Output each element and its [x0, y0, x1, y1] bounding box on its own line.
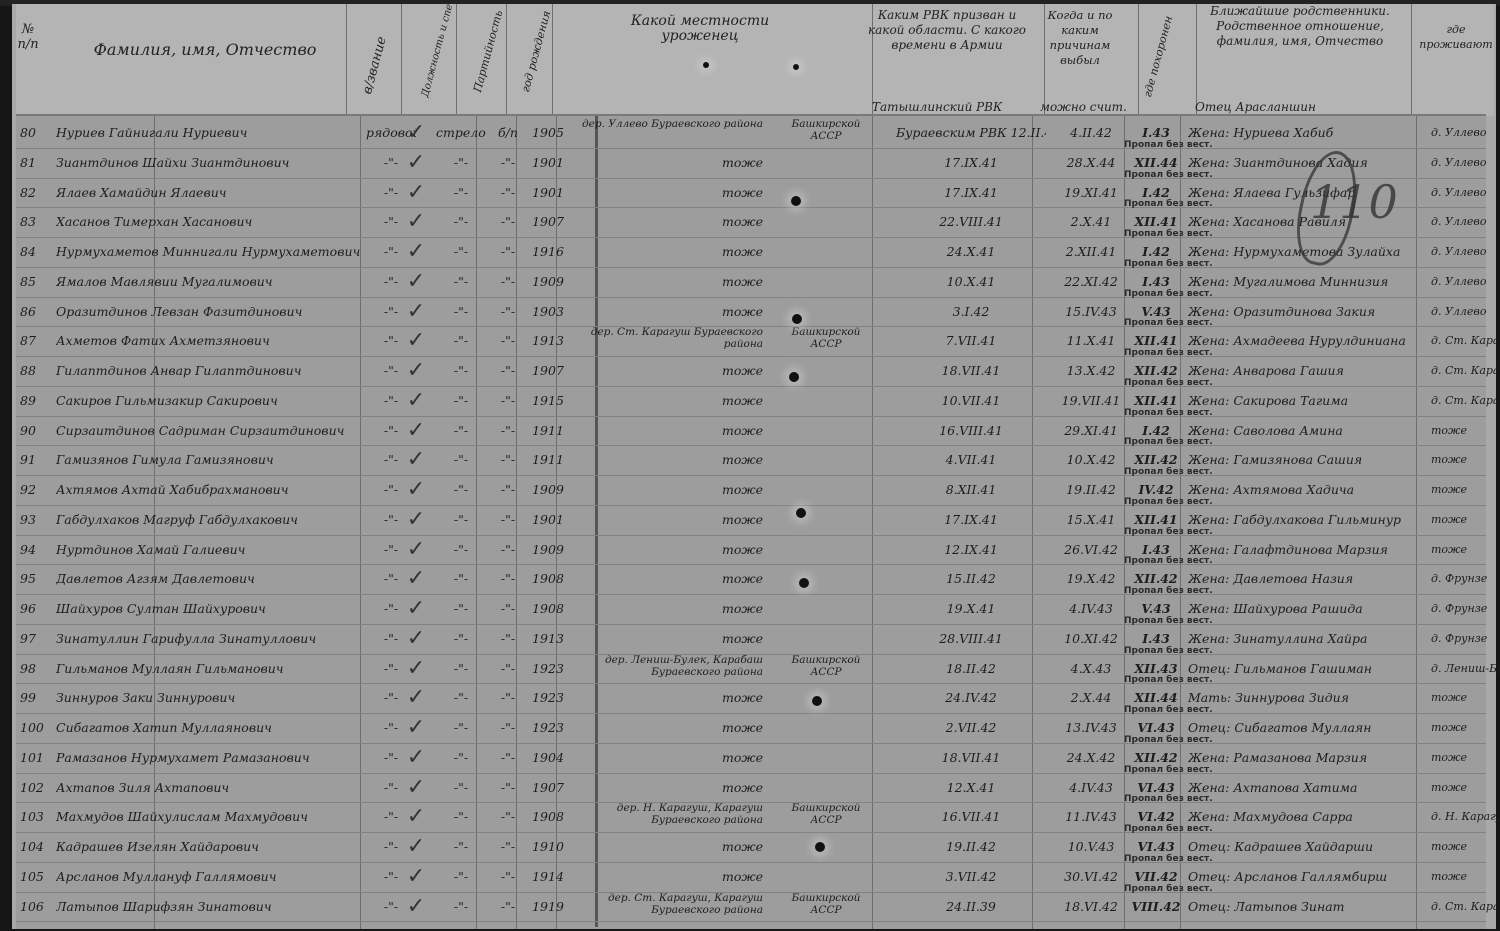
cell-draft: 15.II.42: [896, 564, 1046, 593]
cell-name: Нурмухаметов Миннигали Нурмухаметович: [56, 237, 376, 266]
cell-birth2: [776, 445, 876, 474]
cell-addr: д. Уллево: [1431, 148, 1500, 177]
cell-birth2: [776, 683, 876, 712]
checkmark-icon: ✓: [400, 802, 432, 831]
cell-name: Гамизянов Гимула Гамизянович: [56, 445, 376, 474]
cell-draft: 4.VII.41: [896, 445, 1046, 474]
status-missing-stamp: Пропал без вест.: [1124, 140, 1213, 152]
status-missing-stamp: Пропал без вест.: [1124, 765, 1213, 777]
cell-when: 2.XII.41: [1046, 237, 1136, 266]
cell-birth: тоже: [573, 713, 767, 742]
cell-pos: -"-: [436, 535, 486, 564]
cell-rel: Жена: Нуриева Хабиб: [1188, 118, 1433, 147]
header-draft: Каким РВК призван и какой области. С как…: [862, 8, 1032, 53]
checkmark-icon: ✓: [400, 297, 432, 326]
cell-num: 99: [20, 683, 48, 712]
cell-year: 1908: [526, 594, 570, 623]
table-row: 86Оразитдинов Левзан Фазитдинович-"--"--…: [16, 297, 1486, 328]
status-missing-stamp: Пропал без вест.: [1124, 408, 1213, 420]
checkmark-icon: ✓: [400, 862, 432, 891]
cell-addr: д. Уллево: [1431, 207, 1500, 236]
cell-year: 1923: [526, 683, 570, 712]
cell-party: -"-: [488, 624, 528, 653]
cell-when: 19.XI.41: [1046, 178, 1136, 207]
cell-pos: -"-: [436, 237, 486, 266]
cell-num: 95: [20, 564, 48, 593]
cell-addr: д. Уллево: [1431, 267, 1500, 296]
cell-birth: тоже: [573, 862, 767, 891]
cell-birth2: [776, 148, 876, 177]
cell-pos: -"-: [436, 505, 486, 534]
cell-addr: тоже: [1431, 475, 1500, 504]
cell-year: 1901: [526, 505, 570, 534]
cell-draft: 19.X.41: [896, 594, 1046, 623]
checkmark-icon: ✓: [400, 624, 432, 653]
cell-party: -"-: [488, 743, 528, 772]
cell-birth: тоже: [573, 416, 767, 445]
cell-year: 1901: [526, 178, 570, 207]
cell-rel: Жена: Ахтапова Хатима: [1188, 773, 1433, 802]
cell-birth: тоже: [573, 178, 767, 207]
table-row: 87Ахметов Фатих Ахметзянович-"--"--"-191…: [16, 326, 1486, 357]
cell-draft: 28.VIII.41: [896, 624, 1046, 653]
cell-when: 10.X.42: [1046, 445, 1136, 474]
cell-year: 1909: [526, 267, 570, 296]
cell-year: 1919: [526, 892, 570, 921]
checkmark-icon: ✓: [400, 505, 432, 534]
cell-draft: 12.X.41: [896, 773, 1046, 802]
cell-year: 1923: [526, 713, 570, 742]
cell-rel: Жена: Давлетова Назия: [1188, 564, 1433, 593]
cell-pos: -"-: [436, 743, 486, 772]
cell-birth: тоже: [573, 356, 767, 385]
cell-name: Кадрашев Изелян Хайдарович: [56, 832, 376, 861]
status-missing-stamp: Пропал без вест.: [1124, 348, 1213, 360]
cell-when: 15.IV.43: [1046, 297, 1136, 326]
cell-rel: Отец: Арсланов Галлямбирш: [1188, 862, 1433, 891]
cell-num: 92: [20, 475, 48, 504]
cell-party: -"-: [488, 386, 528, 415]
checkmark-icon: ✓: [400, 148, 432, 177]
cell-name: Сибагатов Хатип Муллаянович: [56, 713, 376, 742]
cell-pos: -"-: [436, 654, 486, 683]
table-row: 101Рамазанов Нурмухамет Рамазанович-"--"…: [16, 743, 1486, 774]
cell-party: -"-: [488, 832, 528, 861]
cell-birth: дер. Ст. Карагуш, Карагуш Бураевского ра…: [573, 892, 767, 921]
cell-pos: -"-: [436, 773, 486, 802]
cell-draft: 19.II.42: [896, 832, 1046, 861]
column-divider: [346, 4, 347, 116]
cell-when: 10.XI.42: [1046, 624, 1136, 653]
cell-num: 88: [20, 356, 48, 385]
first-line-when: можно счит.: [1040, 100, 1127, 114]
table-row: 82Ялаев Хамайдин Ялаевич-"--"--"-1901тож…: [16, 178, 1486, 209]
cell-birth2: [776, 505, 876, 534]
status-missing-stamp: Пропал без вест.: [1124, 705, 1213, 717]
paper-hole: [815, 842, 825, 852]
cell-draft: 8.XII.41: [896, 475, 1046, 504]
checkmark-icon: ✓: [400, 178, 432, 207]
checkmark-icon: ✓: [400, 475, 432, 504]
table-row: 103Махмудов Шайхулислам Махмудович-"--"-…: [16, 802, 1486, 833]
cell-birth2: [776, 862, 876, 891]
cell-year: 1911: [526, 416, 570, 445]
cell-when: 19.II.42: [1046, 475, 1136, 504]
cell-rel: Жена: Зинатуллина Хайра: [1188, 624, 1433, 653]
cell-when: 11.IV.43: [1046, 802, 1136, 831]
cell-pos: -"-: [436, 416, 486, 445]
cell-num: 104: [20, 832, 48, 861]
paper-hole: [793, 64, 799, 70]
cell-birth: тоже: [573, 594, 767, 623]
cell-num: 81: [20, 148, 48, 177]
paper-hole: [799, 578, 809, 588]
table-row: 97Зинатуллин Гарифулла Зинатуллович-"--"…: [16, 624, 1486, 655]
table-row: 89Сакиров Гильмизакир Сакирович-"--"--"-…: [16, 386, 1486, 417]
cell-rel: Отец: Сибагатов Муллаян: [1188, 713, 1433, 742]
cell-birth: дер. Лениш-Булек, Карабаш Бураевского ра…: [573, 654, 767, 683]
cell-rel: Жена: Ахтямова Хадича: [1188, 475, 1433, 504]
cell-rel: Отец: Гильманов Гашиман: [1188, 654, 1433, 683]
status-missing-stamp: Пропал без вест.: [1124, 884, 1213, 896]
cell-name: Ямалов Мавлявии Мугалимович: [56, 267, 376, 296]
status-missing-stamp: Пропал без вест.: [1124, 794, 1213, 806]
checkmark-icon: ✓: [400, 445, 432, 474]
column-divider: [1138, 4, 1139, 116]
checkmark-icon: ✓: [400, 237, 432, 266]
table-row: 84Нурмухаметов Миннигали Нурмухаметович-…: [16, 237, 1486, 268]
cell-year: 1908: [526, 564, 570, 593]
cell-num: 101: [20, 743, 48, 772]
checkmark-icon: ✓: [400, 267, 432, 296]
cell-party: -"-: [488, 297, 528, 326]
cell-party: -"-: [488, 594, 528, 623]
cell-num: 89: [20, 386, 48, 415]
cell-pos: -"-: [436, 386, 486, 415]
checkmark-icon: ✓: [400, 773, 432, 802]
cell-name: Рамазанов Нурмухамет Рамазанович: [56, 743, 376, 772]
cell-pos: -"-: [436, 713, 486, 742]
cell-num: 91: [20, 445, 48, 474]
cell-addr: тоже: [1431, 713, 1500, 742]
cell-year: 1904: [526, 743, 570, 772]
cell-pos: -"-: [436, 594, 486, 623]
cell-party: -"-: [488, 267, 528, 296]
cell-year: 1901: [526, 148, 570, 177]
cell-num: 96: [20, 594, 48, 623]
cell-year: 1903: [526, 297, 570, 326]
status-missing-stamp: Пропал без вест.: [1124, 289, 1213, 301]
cell-birth: тоже: [573, 267, 767, 296]
cell-birth2: [776, 386, 876, 415]
checkmark-icon: ✓: [400, 416, 432, 445]
column-divider: [552, 4, 553, 116]
cell-pos: -"-: [436, 148, 486, 177]
first-line-relative: Отец Арасланшин: [1195, 100, 1316, 114]
cell-when: 4.X.43: [1046, 654, 1136, 683]
cell-when: 26.VI.42: [1046, 535, 1136, 564]
cell-birth2: [776, 743, 876, 772]
status-missing-stamp: Пропал без вест.: [1124, 378, 1213, 390]
cell-name: Сакиров Гильмизакир Сакирович: [56, 386, 376, 415]
cell-pos: -"-: [436, 178, 486, 207]
cell-num: 98: [20, 654, 48, 683]
table-row: 90Сирзаитдинов Садриман Сирзаитдинович-"…: [16, 416, 1486, 447]
cell-birth2: [776, 713, 876, 742]
cell-when: 2.X.44: [1046, 683, 1136, 712]
cell-pos: стрелок: [436, 118, 486, 147]
status-missing-stamp: Пропал без вест.: [1124, 616, 1213, 628]
table-row: 85Ямалов Мавлявии Мугалимович-"--"--"-19…: [16, 267, 1486, 298]
checkmark-icon: ✓: [400, 118, 432, 147]
cell-year: 1910: [526, 832, 570, 861]
checkmark-icon: ✓: [400, 832, 432, 861]
cell-rel: Жена: Гамизянова Сашия: [1188, 445, 1433, 474]
table-row: 92Ахтямов Ахтай Хабибрахманович-"--"--"-…: [16, 475, 1486, 506]
cell-birth: дер. Ст. Карагуш Бураевского района: [573, 326, 767, 355]
cell-rel: Жена: Оразитдинова Закия: [1188, 297, 1433, 326]
paper-hole: [792, 314, 802, 324]
cell-pos: -"-: [436, 802, 486, 831]
first-line-draft-office: Татышлинский РВК: [872, 100, 1002, 114]
cell-name: Гилаптдинов Анвар Гилаптдинович: [56, 356, 376, 385]
cell-rel: Жена: Сакирова Тагима: [1188, 386, 1433, 415]
cell-name: Махмудов Шайхулислам Махмудович: [56, 802, 376, 831]
cell-name: Давлетов Агзям Давлетович: [56, 564, 376, 593]
cell-name: Зинатуллин Гарифулла Зинатуллович: [56, 624, 376, 653]
cell-addr: д. Фрунзе: [1431, 564, 1500, 593]
cell-year: 1923: [526, 654, 570, 683]
cell-draft: Бураевским РВК 12.II.42.: [896, 118, 1046, 147]
cell-name: Гильманов Муллаян Гильманович: [56, 654, 376, 683]
status-missing-stamp: Пропал без вест.: [1124, 556, 1213, 568]
cell-rel: Мать: Зиннурова Зидия: [1188, 683, 1433, 712]
header-relatives: Ближайшие родственники. Родственное отно…: [1186, 4, 1414, 49]
checkmark-icon: ✓: [400, 356, 432, 385]
checkmark-icon: ✓: [400, 207, 432, 236]
cell-pos: -"-: [436, 564, 486, 593]
checkmark-icon: ✓: [400, 326, 432, 355]
status-missing-stamp: Пропал без вест.: [1124, 170, 1213, 182]
cell-name: Хасанов Тимерхан Хасанович: [56, 207, 376, 236]
column-divider: [506, 4, 507, 116]
cell-pos: -"-: [436, 207, 486, 236]
table-row: 91Гамизянов Гимула Гамизянович-"--"--"-1…: [16, 445, 1486, 476]
table-row: 105Арсланов Муллануф Галлямович-"--"--"-…: [16, 862, 1486, 893]
cell-rel: Жена: Ахмадеева Нурулдиниана: [1188, 326, 1433, 355]
cell-party: -"-: [488, 505, 528, 534]
paper-hole: [796, 508, 806, 518]
cell-num: 94: [20, 535, 48, 564]
cell-birth: тоже: [573, 624, 767, 653]
cell-addr: д. Уллево: [1431, 118, 1500, 147]
paper-hole: [789, 372, 799, 382]
cell-party: -"-: [488, 148, 528, 177]
cell-addr: д. Ст. Карагуш: [1431, 326, 1500, 355]
cell-draft: 22.VIII.41: [896, 207, 1046, 236]
cell-birth: тоже: [573, 535, 767, 564]
cell-addr: д. Ст. Карагуш: [1431, 892, 1500, 921]
header-when-left: Когда и по каким причинам выбыл: [1034, 8, 1126, 68]
table-row: 102Ахтапов Зиля Ахтапович-"--"--"-1907то…: [16, 773, 1486, 804]
cell-pos: -"-: [436, 297, 486, 326]
cell-birth2: [776, 624, 876, 653]
table-row: 99Зиннуров Заки Зиннурович-"--"--"-1923т…: [16, 683, 1486, 714]
cell-rel: Жена: Габдулхакова Гильминур: [1188, 505, 1433, 534]
cell-birth: тоже: [573, 148, 767, 177]
cell-draft: 2.VII.42: [896, 713, 1046, 742]
table-row: 80Нуриев Гайнигали Нуриевичрядовойстрело…: [16, 118, 1486, 149]
cell-draft: 17.IX.41: [896, 505, 1046, 534]
cell-birth2: Башкирской АССР: [776, 654, 876, 683]
paper-hole: [812, 696, 822, 706]
cell-addr: тоже: [1431, 743, 1500, 772]
cell-addr: д. Ст. Карагуш: [1431, 356, 1500, 385]
cell-when: 18.VI.42: [1046, 892, 1136, 921]
cell-when: 11.X.41: [1046, 326, 1136, 355]
cell-year: 1907: [526, 356, 570, 385]
cell-addr: д. Уллево: [1431, 297, 1500, 326]
cell-year: 1911: [526, 445, 570, 474]
cell-draft: 10.VII.41: [896, 386, 1046, 415]
cell-pos: -"-: [436, 892, 486, 921]
cell-year: 1913: [526, 326, 570, 355]
cell-num: 84: [20, 237, 48, 266]
cell-when: 4.II.42: [1046, 118, 1136, 147]
cell-birth: тоже: [573, 386, 767, 415]
table-row: 83Хасанов Тимерхан Хасанович-"--"--"-190…: [16, 207, 1486, 238]
cell-party: -"-: [488, 862, 528, 891]
cell-birth: тоже: [573, 564, 767, 593]
cell-when: 4.IV.43: [1046, 594, 1136, 623]
checkmark-icon: ✓: [400, 535, 432, 564]
checkmark-icon: ✓: [400, 564, 432, 593]
header-name: Фамилия, имя, Отчество: [60, 42, 350, 57]
cell-party: -"-: [488, 535, 528, 564]
cell-num: 86: [20, 297, 48, 326]
cell-pos: -"-: [436, 683, 486, 712]
cell-pos: -"-: [436, 862, 486, 891]
cell-birth: тоже: [573, 297, 767, 326]
cell-draft: 17.IX.41: [896, 148, 1046, 177]
cell-year: 1914: [526, 862, 570, 891]
cell-birth: тоже: [573, 505, 767, 534]
cell-rel: Жена: Шайхурова Рашида: [1188, 594, 1433, 623]
cell-name: Латыпов Шарифзян Зинатович: [56, 892, 376, 921]
cell-birth2: [776, 594, 876, 623]
cell-rel: Отец: Латыпов Зинат: [1188, 892, 1433, 921]
cell-party: -"-: [488, 178, 528, 207]
cell-num: 87: [20, 326, 48, 355]
cell-party: -"-: [488, 892, 528, 921]
cell-birth: тоже: [573, 683, 767, 712]
cell-party: б/п: [488, 118, 528, 147]
cell-when: 13.X.42: [1046, 356, 1136, 385]
cell-addr: д. Лениш-Булек: [1431, 654, 1500, 683]
cell-year: 1915: [526, 386, 570, 415]
cell-num: 82: [20, 178, 48, 207]
cell-rel: Отец: Кадрашев Хайдарши: [1188, 832, 1433, 861]
cell-party: -"-: [488, 564, 528, 593]
cell-draft: 17.IX.41: [896, 178, 1046, 207]
cell-draft: 3.I.42: [896, 297, 1046, 326]
archive-stamp-number: 110: [1310, 175, 1398, 229]
cell-draft: 18.VII.41: [896, 356, 1046, 385]
cell-when: 13.IV.43: [1046, 713, 1136, 742]
cell-rel: Жена: Анварова Гашия: [1188, 356, 1433, 385]
cell-party: -"-: [488, 773, 528, 802]
cell-pos: -"-: [436, 832, 486, 861]
cell-name: Оразитдинов Левзан Фазитдинович: [56, 297, 376, 326]
cell-when: 22.XI.42: [1046, 267, 1136, 296]
checkmark-icon: ✓: [400, 892, 432, 921]
cell-addr: д. Фрунзе: [1431, 624, 1500, 653]
cell-num: 85: [20, 267, 48, 296]
cell-birth2: [776, 564, 876, 593]
cell-party: -"-: [488, 445, 528, 474]
status-missing-stamp: Пропал без вест.: [1124, 437, 1213, 449]
checkmark-icon: ✓: [400, 743, 432, 772]
cell-year: 1913: [526, 624, 570, 653]
header-address: где проживают: [1416, 22, 1496, 52]
cell-birth: тоже: [573, 237, 767, 266]
status-missing-stamp: Пропал без вест.: [1124, 824, 1213, 836]
cell-year: 1908: [526, 802, 570, 831]
cell-draft: 10.X.41: [896, 267, 1046, 296]
cell-addr: тоже: [1431, 683, 1500, 712]
header-birthplace: Какой местности уроженец: [600, 14, 800, 44]
cell-party: -"-: [488, 416, 528, 445]
cell-addr: д. Н. Карагуш: [1431, 802, 1500, 831]
cell-birth2: Башкирской АССР: [776, 326, 876, 355]
cell-addr: тоже: [1431, 832, 1500, 861]
cell-when: 15.X.41: [1046, 505, 1136, 534]
cell-draft: 16.VIII.41: [896, 416, 1046, 445]
cell-when: 4.IV.43: [1046, 773, 1136, 802]
cell-party: -"-: [488, 802, 528, 831]
table-row: 100Сибагатов Хатип Муллаянович-"--"--"-1…: [16, 713, 1486, 744]
cell-birth2: [776, 475, 876, 504]
cell-name: Габдулхаков Магруф Габдулхакович: [56, 505, 376, 534]
column-divider: [456, 4, 457, 116]
table-row: 106Латыпов Шарифзян Зинатович-"--"--"-19…: [16, 892, 1486, 923]
table-row: 81Зиантдинов Шайхи Зиантдинович-"--"--"-…: [16, 148, 1486, 179]
cell-rel: Жена: Саволова Амина: [1188, 416, 1433, 445]
cell-rel: Жена: Мугалимова Миннизия: [1188, 267, 1433, 296]
cell-when: 10.V.43: [1046, 832, 1136, 861]
cell-pos: -"-: [436, 475, 486, 504]
cell-num: 102: [20, 773, 48, 802]
cell-name: Сирзаитдинов Садриман Сирзаитдинович: [56, 416, 376, 445]
cell-pos: -"-: [436, 267, 486, 296]
cell-num: 83: [20, 207, 48, 236]
checkmark-icon: ✓: [400, 594, 432, 623]
cell-birth2: [776, 535, 876, 564]
status-missing-stamp: Пропал без вест.: [1124, 586, 1213, 598]
cell-name: Шайхуров Султан Шайхурович: [56, 594, 376, 623]
cell-birth2: [776, 773, 876, 802]
cell-name: Ахтямов Ахтай Хабибрахманович: [56, 475, 376, 504]
checkmark-icon: ✓: [400, 713, 432, 742]
cell-name: Зиннуров Заки Зиннурович: [56, 683, 376, 712]
status-missing-stamp: Пропал без вест.: [1124, 497, 1213, 509]
cell-num: 93: [20, 505, 48, 534]
paper-hole: [791, 196, 801, 206]
cell-addr: тоже: [1431, 535, 1500, 564]
cell-birth: тоже: [573, 445, 767, 474]
cell-birth2: [776, 297, 876, 326]
cell-birth: дер. Уллево Бураевского района: [573, 118, 767, 147]
